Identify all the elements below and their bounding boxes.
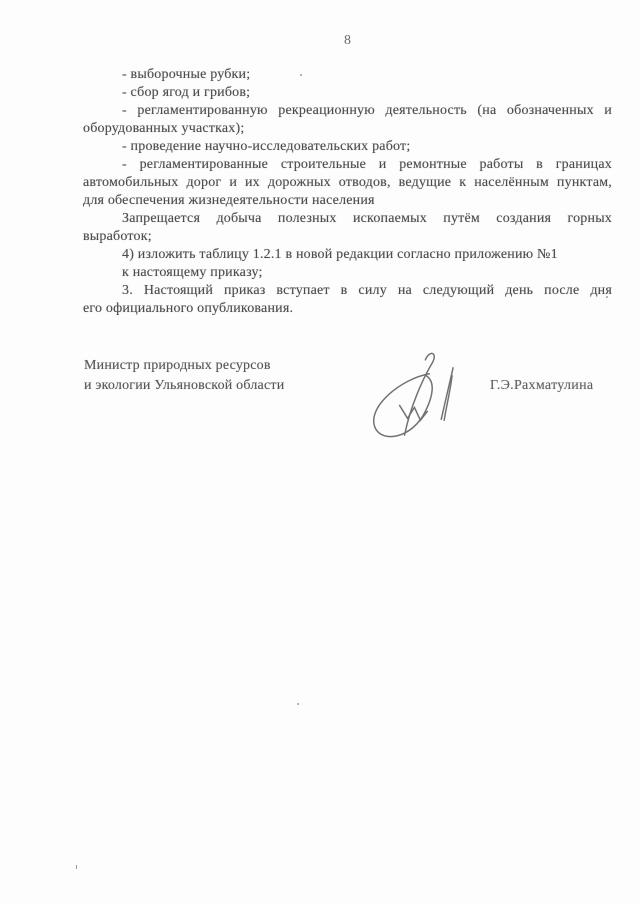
body-line: - сбор ягод и грибов; [83,84,612,102]
signature-icon [352,346,470,450]
signatory-name: Г.Э.Рахматулина [490,378,593,394]
body-line: автомобильных дорог и их дорожных отводо… [83,174,612,192]
scan-speck [297,703,299,705]
document-page: 8 - выборочные рубки; - сбор ягод и гриб… [0,0,640,905]
body-line: 3. Настоящий приказ вступает в силу на с… [83,282,612,300]
scan-speck [606,296,608,298]
signatory-title: Министр природных ресурсов и экологии Ул… [84,356,284,396]
scan-speck [76,865,77,869]
body-line: его официального опубликования. [83,300,612,318]
body-line: - регламентированные строительные и ремо… [83,156,612,174]
body-line: выработок; [83,228,612,246]
page-number: 8 [83,33,612,49]
body-line: Запрещается добыча полезных ископаемых п… [83,210,612,228]
body-line: - регламентированную рекреационную деяте… [83,102,612,120]
signatory-title-line-2: и экологии Ульяновской области [84,376,284,396]
scan-speck [300,74,302,76]
body-line: - проведение научно-исследовательских ра… [83,138,612,156]
body-line: к настоящему приказу; [83,264,612,282]
body-line: - выборочные рубки; [83,66,612,84]
document-body: - выборочные рубки; - сбор ягод и грибов… [83,66,612,318]
body-line: для обеспечения жизнедеятельности населе… [83,192,612,210]
body-line: оборудованных участках); [83,120,612,138]
signatory-title-line-1: Министр природных ресурсов [84,356,284,376]
body-line: 4) изложить таблицу 1.2.1 в новой редакц… [83,246,612,264]
